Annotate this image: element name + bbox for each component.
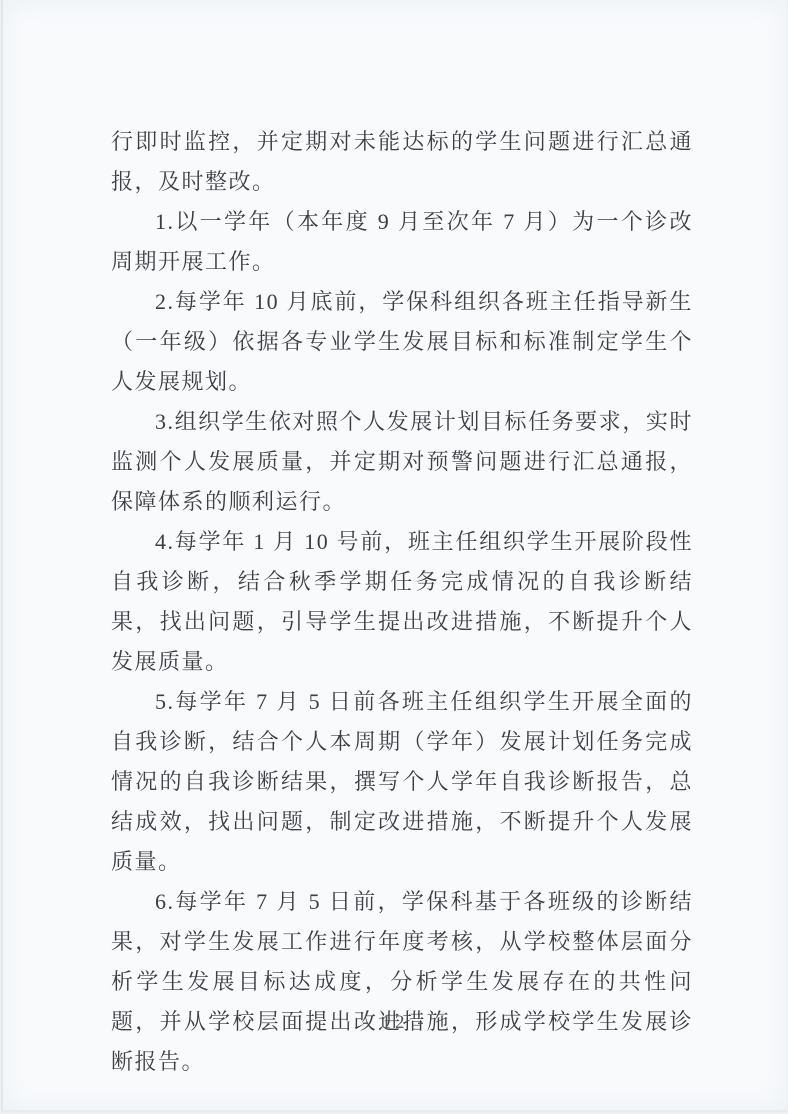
body-text-paragraph: 行即时监控，并定期对未能达标的学生问题进行汇总通报，及时整改。 <box>111 122 693 202</box>
document-body: 行即时监控，并定期对未能达标的学生问题进行汇总通报，及时整改。 1.以一学年（本… <box>111 122 693 1082</box>
body-text-paragraph: 2.每学年 10 月底前，学保科组织各班主任指导新生（一年级）依据各专业学生发展… <box>111 282 693 402</box>
body-text-paragraph: 4.每学年 1 月 10 号前，班主任组织学生开展阶段性自我诊断，结合秋季学期任… <box>111 522 693 682</box>
body-text-paragraph: 5.每学年 7 月 5 日前各班主任组织学生开展全面的自我诊断，结合个人本周期（… <box>111 682 693 882</box>
body-text-paragraph: 6.每学年 7 月 5 日前，学保科基于各班级的诊断结果，对学生发展工作进行年度… <box>111 882 693 1082</box>
body-text-paragraph: 1.以一学年（本年度 9 月至次年 7 月）为一个诊改周期开展工作。 <box>111 202 693 282</box>
body-text-paragraph: 3.组织学生依对照个人发展计划目标任务要求，实时监测个人发展质量，并定期对预警问… <box>111 402 693 522</box>
scanned-document-page: 行即时监控，并定期对未能达标的学生问题进行汇总通报，及时整改。 1.以一学年（本… <box>1 0 787 1112</box>
page-number: - 12 - <box>3 1012 787 1034</box>
